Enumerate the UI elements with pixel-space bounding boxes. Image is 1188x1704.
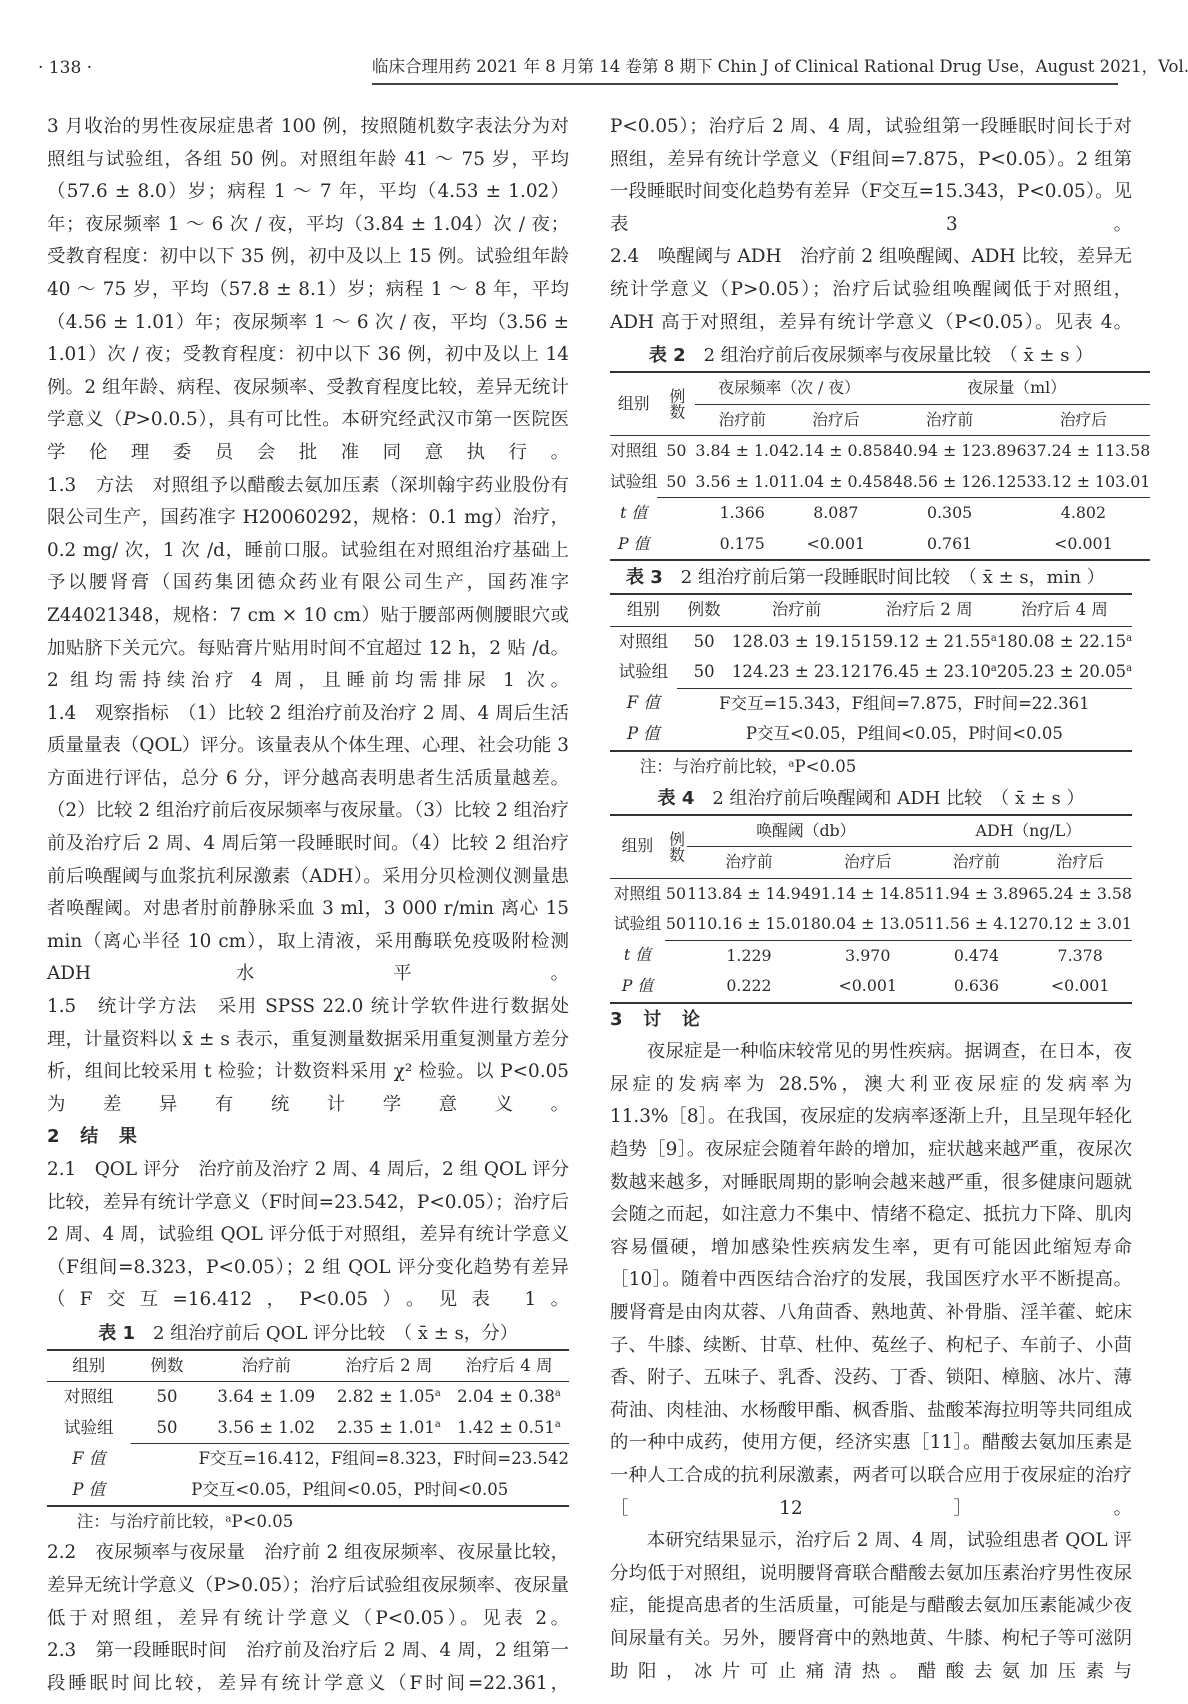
section-heading: 2.4 唤醒阈与 ADH [610,246,800,267]
section-heading: 2.2 夜尿频率与夜尿量 [47,1542,264,1563]
section-2-3-continued: P<0.05）；治疗后 2 周、4 周，试验组第一段睡眠时间长于对照组，差异有统… [610,111,1132,241]
left-column: 3 月收治的男性夜尿症患者 100 例，按照随机数字表法分为对照组与试验组，各组… [47,111,569,1700]
table-row-p: P 值 0.175<0.0010.761<0.001 [610,529,1150,561]
table-3-note: 注：与治疗前比较，ᵃP<0.05 [610,752,1132,782]
table-row-p: P 值 P交互<0.05，P组间<0.05，P时间<0.05 [610,719,1132,751]
section-2-2: 2.2 夜尿频率与夜尿量 治疗前 2 组夜尿频率、夜尿量比较，差异无统计学意义（… [47,1537,569,1635]
table-row: 对照组50128.03 ± 19.15 159.12 ± 21.55a 180.… [610,626,1132,657]
table-row: 试验组50110.16 ± 15.0180.04 ± 13.0511.56 ± … [610,909,1132,940]
section-heading: 1.3 方法 [47,475,153,496]
table-1: 组别 例数 治疗前 治疗后 2 周 治疗后 4 周 对照组503.64 ± 1.… [47,1349,569,1508]
right-column: P<0.05）；治疗后 2 周、4 周，试验组第一段睡眠时间长于对照组，差异有统… [610,111,1132,1688]
section-2-heading: 2 结 果 [47,1121,569,1154]
page-number: · 138 · [38,58,92,78]
paragraph-patients: 3 月收治的男性夜尿症患者 100 例，按照随机数字表法分为对照组与试验组，各组… [47,111,569,470]
table-row-f: F 值 F交互=15.343，F组间=7.875，F时间=22.361 [610,688,1132,719]
table-1-caption: 表 1 2 组治疗前后 QOL 评分比较 （ x̄ ± s，分） [47,1319,569,1349]
table-3-caption: 表 3 2 组治疗前后第一段睡眠时间比较 （ x̄ ± s，min ） [610,563,1132,593]
table-row: 对照组503.64 ± 1.09 2.82 ± 1.05a 2.04 ± 0.3… [47,1382,569,1413]
table-2-caption: 表 2 2 组治疗前后夜尿频率与夜尿量比较 （ x̄ ± s ） [610,341,1132,371]
table-row: 试验组503.56 ± 1.011.04 ± 0.45848.56 ± 126.… [610,467,1150,498]
table-row: 对照组50113.84 ± 14.9491.14 ± 14.8511.94 ± … [610,878,1132,909]
table-4: 组别 例数 唤醒阈（db） ADH（ng/L） 治疗前治疗后 治疗前治疗后 对照… [610,814,1132,1004]
table-row-p: P 值 P交互<0.05，P组间<0.05，P时间<0.05 [47,1475,569,1507]
section-heading: 1.5 统计学方法 [47,996,218,1017]
table-3: 组别 例数 治疗前 治疗后 2 周 治疗后 4 周 对照组50128.03 ± … [610,593,1132,752]
section-1-4: 1.4 观察指标 （1）比较 2 组治疗前及治疗 2 周、4 周后生活质量量表（… [47,698,569,991]
section-heading: 2.1 QOL 评分 [47,1159,198,1180]
table-2: 组别 例数 夜尿频率（次 / 夜） 夜尿量（ml） 治疗前 治疗后 治疗前 治疗… [610,371,1150,561]
table-row: 试验组503.56 ± 1.02 2.35 ± 1.01a 1.42 ± 0.5… [47,1413,569,1444]
table-4-caption: 表 4 2 组治疗前后唤醒阈和 ADH 比较 （ x̄ ± s ） [610,784,1132,814]
discussion-paragraph-1: 夜尿症是一种临床较常见的男性疾病。据调查，在日本，夜尿症的发病率为 28.5%，… [610,1036,1132,1525]
table-1-note: 注：与治疗前比较，ᵃP<0.05 [47,1507,569,1537]
table-row: 试验组50124.23 ± 23.12 176.45 ± 23.10a 205.… [610,657,1132,688]
table-row-f: F 值 F交互=16.412，F组间=8.323，F时间=23.542 [47,1444,569,1475]
table-row: 对照组503.84 ± 1.042.14 ± 0.85840.94 ± 123.… [610,436,1150,467]
section-1-5: 1.5 统计学方法 采用 SPSS 22.0 统计学软件进行数据处理，计量资料以… [47,991,569,1121]
table-row-t: t 值 1.2293.9700.4747.378 [610,940,1132,971]
table-row-t: t 值 1.3668.0870.3054.802 [610,498,1150,529]
table-row-p: P 值 0.222<0.0010.636<0.001 [610,971,1132,1003]
section-heading: 2.3 第一段睡眠时间 [47,1640,246,1661]
section-2-3: 2.3 第一段睡眠时间 治疗前及治疗后 2 周、4 周，2 组第一段睡眠时间比较… [47,1635,569,1700]
section-3-heading: 3 讨 论 [610,1004,1132,1037]
running-header: 临床合理用药 2021 年 8 月第 14 卷第 8 期下 Chin J of … [372,53,1118,85]
section-1-3: 1.3 方法 对照组予以醋酸去氨加压素（深圳翰宇药业股份有限公司生产，国药准字 … [47,470,569,698]
section-heading: 1.4 观察指标 [47,703,187,724]
discussion-paragraph-2: 本研究结果显示，治疗后 2 周、4 周，试验组患者 QOL 评分均低于对照组，说… [610,1525,1132,1688]
section-2-1: 2.1 QOL 评分 治疗前及治疗 2 周、4 周后，2 组 QOL 评分比较，… [47,1154,569,1317]
section-2-4: 2.4 唤醒阈与 ADH 治疗前 2 组唤醒阈、ADH 比较，差异无统计学意义（… [610,241,1132,339]
